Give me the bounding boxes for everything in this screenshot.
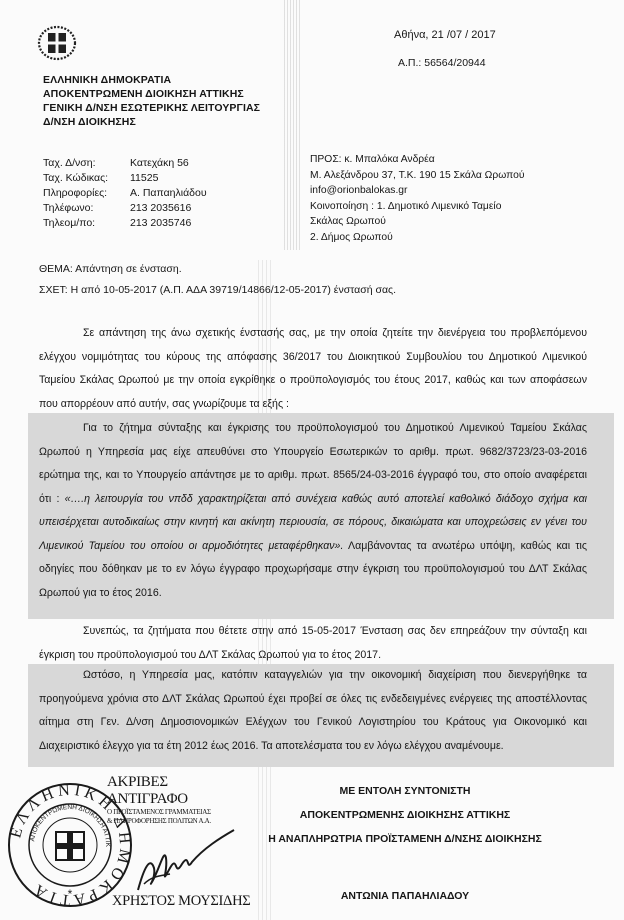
authority-line: Δ/ΝΣΗ ΔΙΟΙΚΗΣΗΣ (43, 115, 260, 129)
contact-value: 11525 (130, 171, 158, 186)
authority-line: ΕΛΛΗΝΙΚΗ ΔΗΜΟΚΡΑΤΙΑ (43, 73, 260, 87)
contact-row: Τηλέφωνο:213 2035616 (43, 201, 207, 216)
paragraph-text: Σε απάντηση της άνω σχετικής ένστασής σα… (39, 327, 587, 410)
contact-value: 213 2035616 (130, 201, 191, 216)
signature-line: ΜΕ ΕΝΤΟΛΗ ΣΥΝΤΟΝΙΣΤΗ (240, 779, 570, 803)
body-paragraph: Σε απάντηση της άνω σχετικής ένστασής σα… (39, 322, 587, 416)
certified-copy-role: & ΠΛΗΡΟΦΟΡΗΣΗΣ ΠΟΛΙΤΩΝ Α.Α. (107, 817, 217, 826)
cc-line: Κοινοποίηση : 1. Δημοτικό Λιμενικό Ταμεί… (310, 199, 524, 215)
certified-copy-role: Ο ΠΡΟΪΣΤΑΜΕΝΟΣ ΓΡΑΜΜΑΤΕΙΑΣ (107, 808, 217, 817)
certifier-name: ΧΡΗΣΤΟΣ ΜΟΥΣΙΔΗΣ (112, 893, 250, 910)
reference-line: ΣΧΕΤ: Η από 10-05-2017 (Α.Π. ΑΔΑ 39719/1… (39, 284, 396, 296)
contact-row: Τηλεομ/πο:213 2035746 (43, 216, 207, 231)
certified-copy-title: ΑΚΡΙΒΕΣ ΑΝΤΙΓΡΑΦΟ (107, 774, 217, 808)
protocol-number: Α.Π.: 56564/20944 (398, 56, 486, 70)
cc-line: 2. Δήμος Ωρωπού (310, 230, 524, 246)
authority-line: ΓΕΝΙΚΗ Δ/ΝΣΗ ΕΣΩΤΕΡΙΚΗΣ ΛΕΙΤΟΥΡΓΙΑΣ (43, 101, 260, 115)
contact-label: Πληροφορίες: (43, 186, 130, 201)
signature-line: ΑΠΟΚΕΝΤΡΩΜΕΝΗΣ ΔΙΟΙΚΗΣΗΣ ΑΤΤΙΚΗΣ (240, 803, 570, 827)
greek-coat-of-arms-icon (36, 24, 78, 62)
recipient-name: ΠΡΟΣ: κ. Μπαλόκα Ανδρέα (310, 152, 524, 168)
cc-line: Σκάλας Ωρωπού (310, 214, 524, 230)
contact-value: Α. Παπαηλιάδου (130, 186, 207, 201)
contact-value: 213 2035746 (130, 216, 191, 231)
signature-block: ΜΕ ΕΝΤΟΛΗ ΣΥΝΤΟΝΙΣΤΗ ΑΠΟΚΕΝΤΡΩΜΕΝΗΣ ΔΙΟΙ… (240, 779, 570, 908)
paragraph-text: Ωστόσο, η Υπηρεσία μας, κατόπιν καταγγελ… (39, 669, 587, 752)
contact-label: Τηλέφωνο: (43, 201, 130, 216)
contact-details: Ταχ. Δ/νση:Κατεχάκη 56 Ταχ. Κώδικας:1152… (43, 156, 207, 231)
signature-line: Η ΑΝΑΠΛΗΡΩΤΡΙΑ ΠΡΟΪΣΤΑΜΕΝΗ Δ/ΝΣΗΣ ΔΙΟΙΚΗ… (240, 827, 570, 851)
body-paragraph: Ωστόσο, η Υπηρεσία μας, κατόπιν καταγγελ… (39, 664, 587, 758)
contact-label: Ταχ. Δ/νση: (43, 156, 130, 171)
recipient-email: info@orionbalokas.gr (310, 183, 524, 199)
signatory-name: ΑΝΤΩΝΙΑ ΠΑΠΑΗΛΙΑΔΟΥ (240, 884, 570, 908)
certified-copy-stamp: ΑΚΡΙΒΕΣ ΑΝΤΙΓΡΑΦΟ Ο ΠΡΟΪΣΤΑΜΕΝΟΣ ΓΡΑΜΜΑΤ… (107, 774, 217, 826)
scanned-letter: ΕΛΛΗΝΙΚΗ ΔΗΜΟΚΡΑΤΙΑ ΑΠΟΚΕΝΤΡΩΜΕΝΗ ΔΙΟΙΚΗ… (0, 0, 624, 920)
contact-value: Κατεχάκη 56 (130, 156, 189, 171)
authority-line: ΑΠΟΚΕΝΤΡΩΜΕΝΗ ΔΙΟΙΚΗΣΗ ΑΤΤΙΚΗΣ (43, 87, 260, 101)
recipient-address: Μ. Αλεξάνδρου 37, Τ.Κ. 190 15 Σκάλα Ωρωπ… (310, 168, 524, 184)
subject-line: ΘΕΜΑ: Απάντηση σε ένσταση. (39, 263, 182, 275)
contact-row: Ταχ. Κώδικας:11525 (43, 171, 207, 186)
contact-label: Τηλεομ/πο: (43, 216, 130, 231)
recipient-block: ΠΡΟΣ: κ. Μπαλόκα Ανδρέα Μ. Αλεξάνδρου 37… (310, 152, 524, 245)
body-paragraph: Για το ζήτημα σύνταξης και έγκρισης του … (39, 417, 587, 605)
body-paragraph: Συνεπώς, τα ζητήματα που θέτετε στην από… (39, 620, 587, 667)
contact-row: Ταχ. Δ/νση:Κατεχάκη 56 (43, 156, 207, 171)
contact-label: Ταχ. Κώδικας: (43, 171, 130, 186)
document-date: Αθήνα, 21 /07 / 2017 (394, 28, 496, 42)
svg-text:*: * (68, 887, 73, 901)
issuing-authority: ΕΛΛΗΝΙΚΗ ΔΗΜΟΚΡΑΤΙΑ ΑΠΟΚΕΝΤΡΩΜΕΝΗ ΔΙΟΙΚΗ… (43, 73, 260, 129)
contact-row: Πληροφορίες:Α. Παπαηλιάδου (43, 186, 207, 201)
paragraph-text: Συνεπώς, τα ζητήματα που θέτετε στην από… (39, 625, 587, 661)
handwritten-signature-icon (130, 828, 240, 898)
scan-artifact (284, 0, 302, 250)
